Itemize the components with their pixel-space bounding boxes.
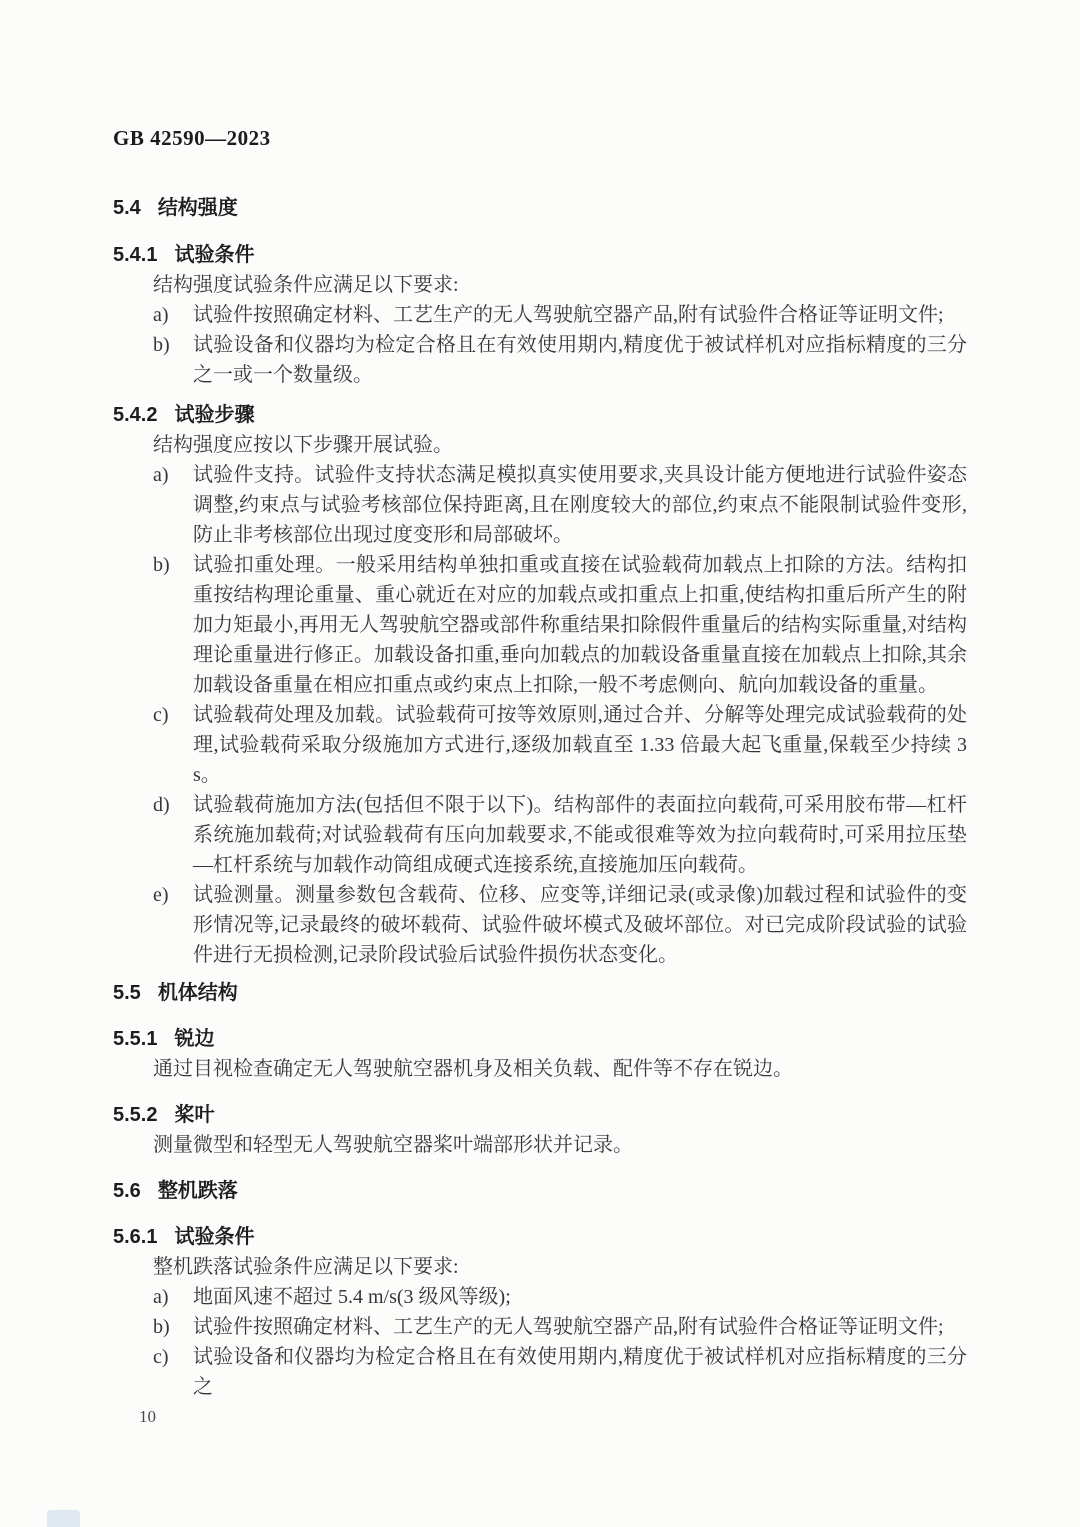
paragraph-5-4-1-intro: 结构强度试验条件应满足以下要求: xyxy=(113,270,967,300)
list-item-text: 试验件支持。试验件支持状态满足模拟真实使用要求,夹具设计能方便地进行试验件姿态调… xyxy=(193,464,967,546)
list-item: d) 试验载荷施加方法(包括但不限于以下)。结构部件的表面拉向载荷,可采用胶布带… xyxy=(113,790,967,880)
section-heading-5-5-2: 5.5.2桨叶 xyxy=(113,1100,967,1130)
list-item-label: b) xyxy=(153,1312,170,1342)
section-title: 试验条件 xyxy=(174,1226,254,1248)
section-number: 5.5.2 xyxy=(113,1104,157,1126)
section-number: 5.5.1 xyxy=(113,1028,157,1050)
list-item: c) 试验设备和仪器均为检定合格且在有效使用期内,精度优于被试样机对应指标精度的… xyxy=(113,1342,967,1402)
paragraph-5-6-1-intro: 整机跌落试验条件应满足以下要求: xyxy=(113,1252,967,1282)
section-heading-5-4-1: 5.4.1试验条件 xyxy=(113,240,967,270)
paragraph-5-5-1: 通过目视检查确定无人驾驶航空器机身及相关负载、配件等不存在锐边。 xyxy=(113,1054,967,1084)
list-item-label: c) xyxy=(153,700,169,730)
section-number: 5.6.1 xyxy=(113,1226,157,1248)
list-item: e) 试验测量。测量参数包含载荷、位移、应变等,详细记录(或录像)加载过程和试验… xyxy=(113,880,967,970)
list-item: a) 试验件按照确定材料、工艺生产的无人驾驶航空器产品,附有试验件合格证等证明文… xyxy=(113,300,967,330)
section-heading-5-6-1: 5.6.1试验条件 xyxy=(113,1222,967,1252)
section-number: 5.4.2 xyxy=(113,404,157,426)
section-heading-5-4: 5.4结构强度 xyxy=(113,193,967,223)
list-item-label: a) xyxy=(153,1282,169,1312)
list-item-text: 试验载荷施加方法(包括但不限于以下)。结构部件的表面拉向载荷,可采用胶布带—杠杆… xyxy=(193,794,967,876)
list-item-text: 地面风速不超过 5.4 m/s(3 级风等级); xyxy=(193,1286,511,1308)
section-number: 5.5 xyxy=(113,982,141,1004)
list-item-label: b) xyxy=(153,550,170,580)
list-item: a) 试验件支持。试验件支持状态满足模拟真实使用要求,夹具设计能方便地进行试验件… xyxy=(113,460,967,550)
section-heading-5-5: 5.5机体结构 xyxy=(113,978,967,1008)
page-number: 10 xyxy=(113,1404,967,1430)
list-item-text: 试验测量。测量参数包含载荷、位移、应变等,详细记录(或录像)加载过程和试验件的变… xyxy=(193,884,967,966)
list-item-text: 试验件按照确定材料、工艺生产的无人驾驶航空器产品,附有试验件合格证等证明文件; xyxy=(193,1316,944,1338)
list-item-label: b) xyxy=(153,330,170,360)
paragraph-5-4-2-intro: 结构强度应按以下步骤开展试验。 xyxy=(113,430,967,460)
section-heading-5-4-2: 5.4.2试验步骤 xyxy=(113,400,967,430)
list-item: b) 试验扣重处理。一般采用结构单独扣重或直接在试验载荷加载点上扣除的方法。结构… xyxy=(113,550,967,700)
list-item-label: a) xyxy=(153,460,169,490)
list-item-text: 试验件按照确定材料、工艺生产的无人驾驶航空器产品,附有试验件合格证等证明文件; xyxy=(193,304,944,326)
section-title: 机体结构 xyxy=(158,982,238,1004)
paragraph-5-5-2: 测量微型和轻型无人驾驶航空器桨叶端部形状并记录。 xyxy=(113,1130,967,1160)
section-number: 5.4.1 xyxy=(113,244,157,266)
section-number: 5.4 xyxy=(113,197,141,219)
list-item: c) 试验载荷处理及加载。试验载荷可按等效原则,通过合并、分解等处理完成试验载荷… xyxy=(113,700,967,790)
list-item-label: a) xyxy=(153,300,169,330)
section-title: 结构强度 xyxy=(158,197,238,219)
list-item-label: c) xyxy=(153,1342,169,1372)
list-item: b) 试验设备和仪器均为检定合格且在有效使用期内,精度优于被试样机对应指标精度的… xyxy=(113,330,967,390)
document-page: GB 42590—2023 5.4结构强度 5.4.1试验条件 结构强度试验条件… xyxy=(0,0,1080,1527)
list-item: a) 地面风速不超过 5.4 m/s(3 级风等级); xyxy=(113,1282,967,1312)
section-heading-5-6: 5.6整机跌落 xyxy=(113,1176,967,1206)
list-item-text: 试验设备和仪器均为检定合格且在有效使用期内,精度优于被试样机对应指标精度的三分之 xyxy=(193,1346,967,1398)
section-title: 桨叶 xyxy=(174,1104,214,1126)
section-title: 锐边 xyxy=(174,1028,214,1050)
list-item-text: 试验载荷处理及加载。试验载荷可按等效原则,通过合并、分解等处理完成试验载荷的处理… xyxy=(193,704,967,786)
page-content: GB 42590—2023 5.4结构强度 5.4.1试验条件 结构强度试验条件… xyxy=(113,0,967,1430)
section-title: 试验条件 xyxy=(174,244,254,266)
section-number: 5.6 xyxy=(113,1180,141,1202)
list-item-text: 试验扣重处理。一般采用结构单独扣重或直接在试验载荷加载点上扣除的方法。结构扣重按… xyxy=(193,554,967,696)
section-title: 试验步骤 xyxy=(174,404,254,426)
standard-number-header: GB 42590—2023 xyxy=(113,0,967,153)
list-item-label: d) xyxy=(153,790,170,820)
watermark-logo-icon xyxy=(47,1510,80,1527)
section-title: 整机跌落 xyxy=(158,1180,238,1202)
list-item-text: 试验设备和仪器均为检定合格且在有效使用期内,精度优于被试样机对应指标精度的三分之… xyxy=(193,334,967,386)
list-item: b) 试验件按照确定材料、工艺生产的无人驾驶航空器产品,附有试验件合格证等证明文… xyxy=(113,1312,967,1342)
list-item-label: e) xyxy=(153,880,169,910)
section-heading-5-5-1: 5.5.1锐边 xyxy=(113,1024,967,1054)
